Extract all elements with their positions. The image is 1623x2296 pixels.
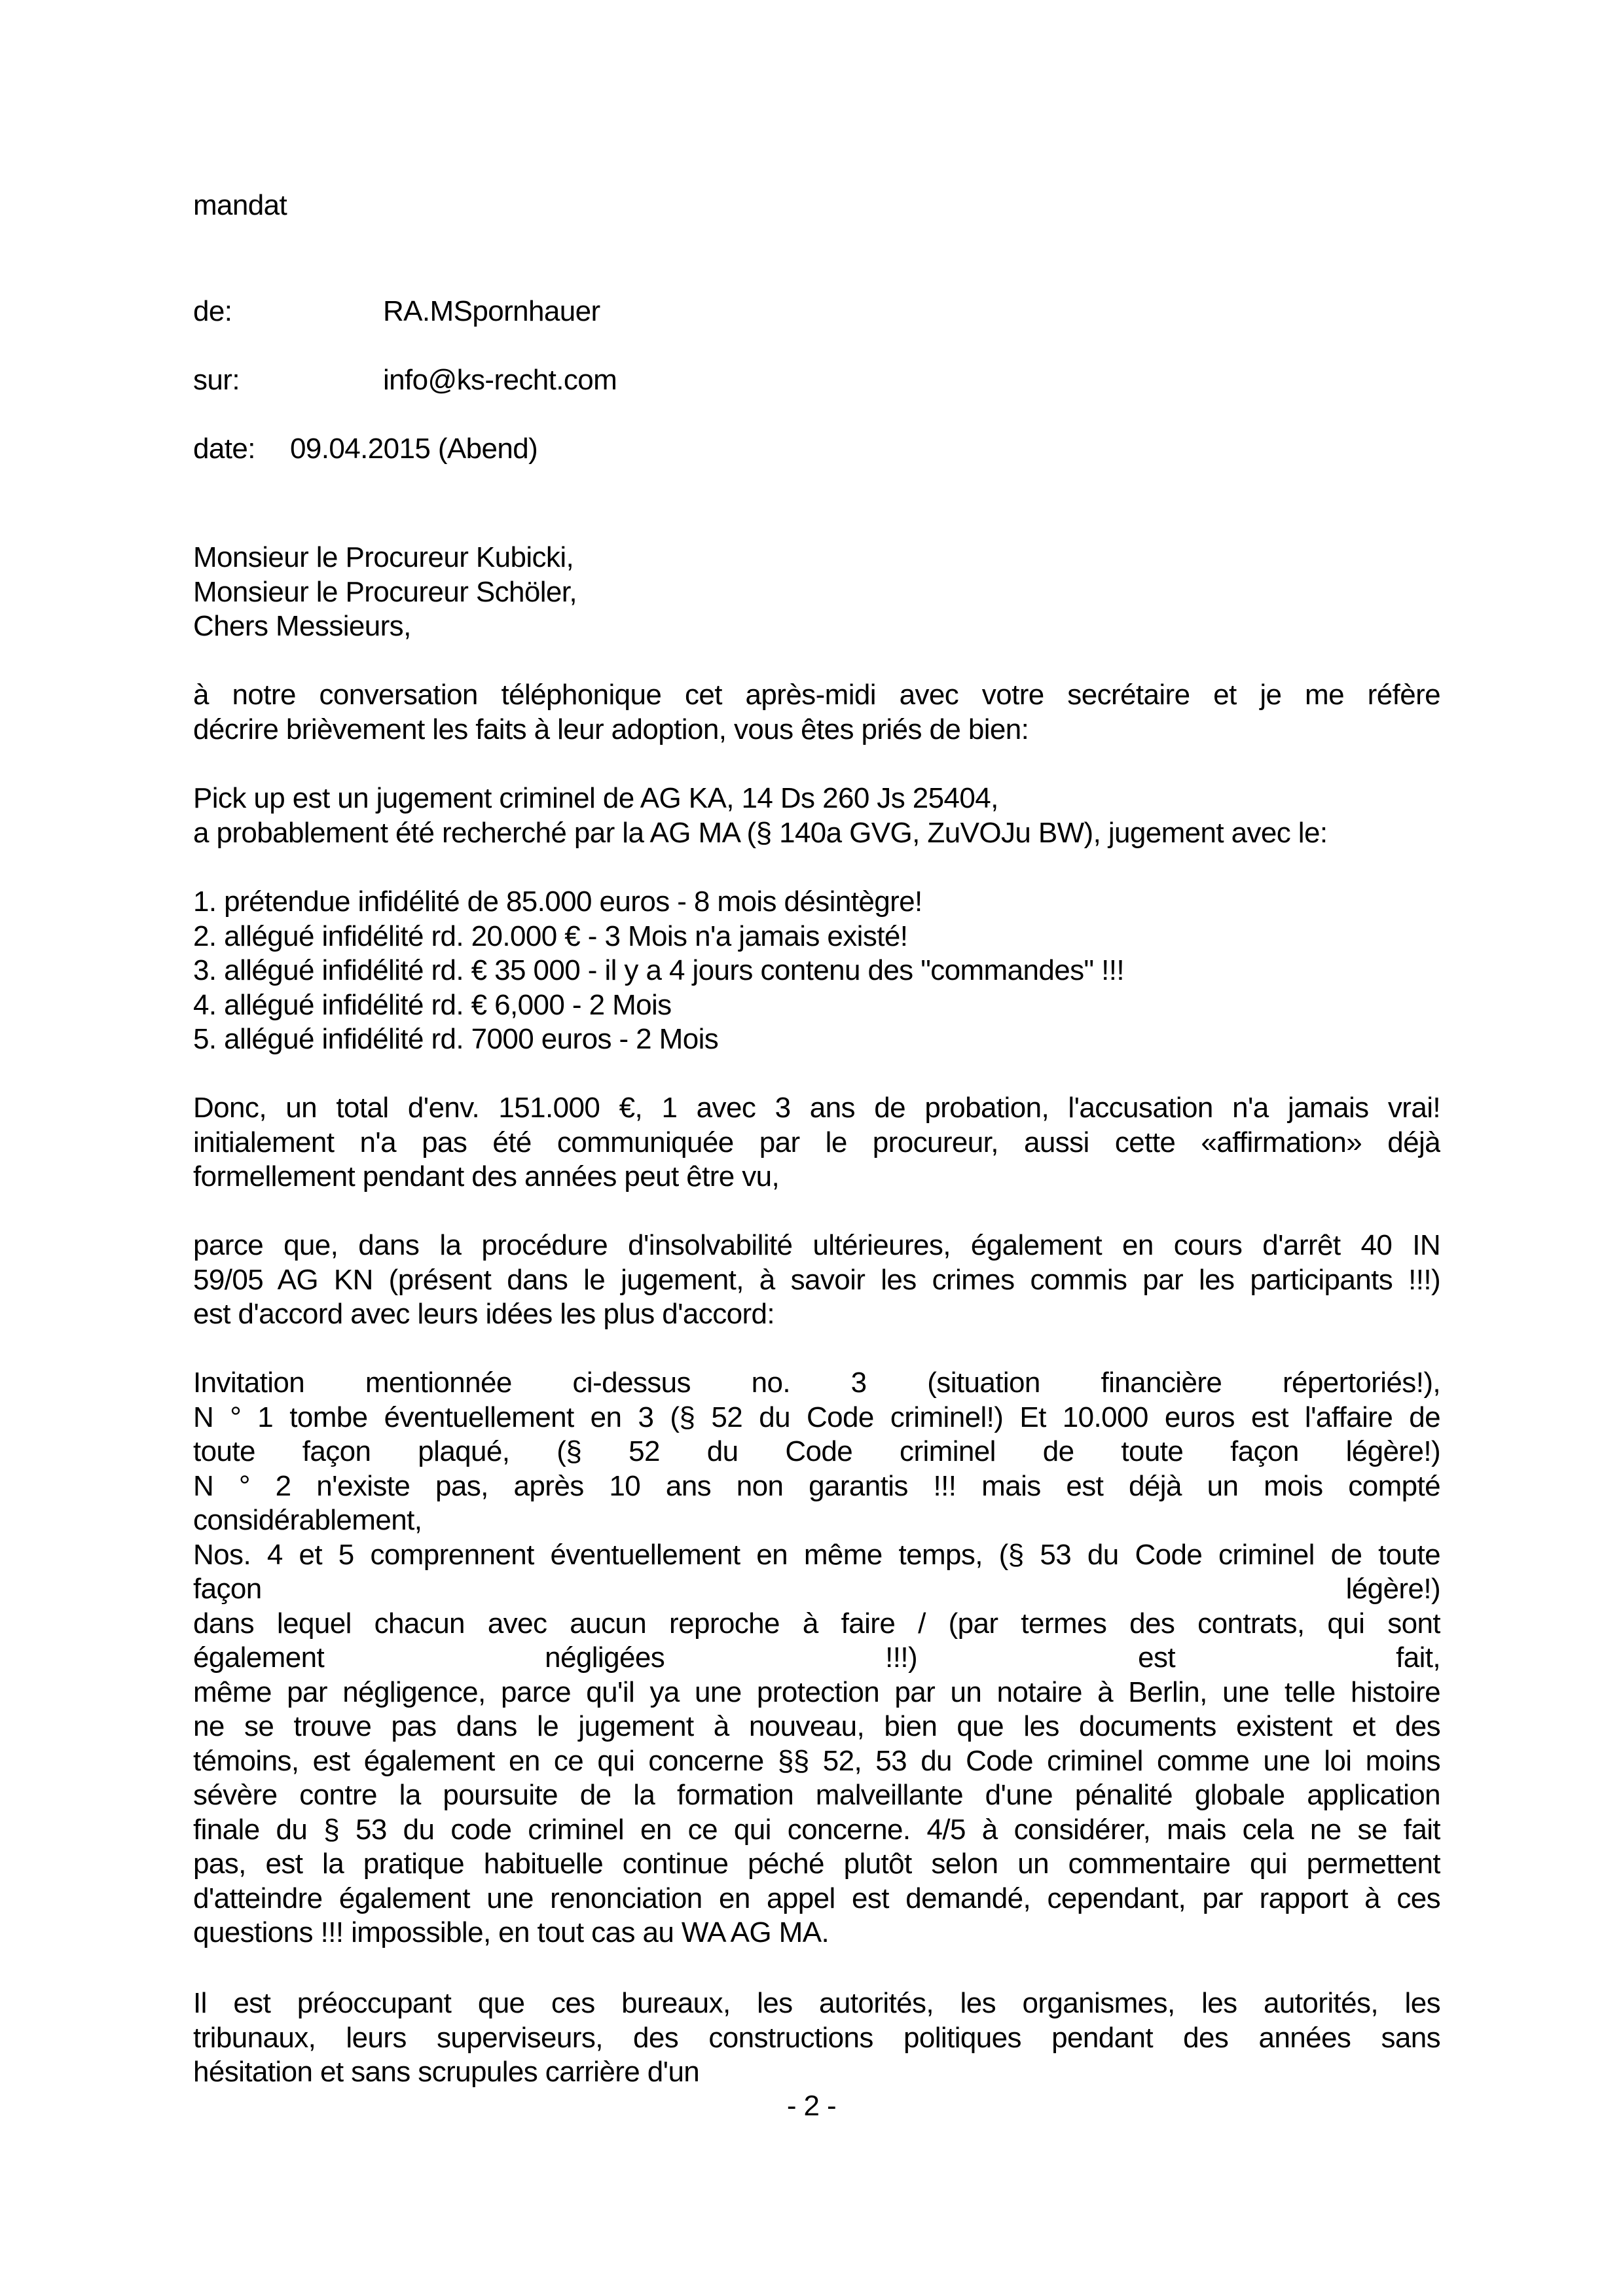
paragraph-line: formellement pendant des années peut êtr… [193,1160,1440,1194]
total-paragraph: Donc, un total d'env. 151.000 €, 1 avec … [193,1091,1440,1194]
document-page: mandat de: RA.MSpornhauer sur: info@ks-r… [0,0,1623,2296]
allegation-item: 4. allégué infidélité rd. € 6,000 - 2 Mo… [193,988,1440,1023]
paragraph-line: dans lequel chacun avec aucun reproche à… [193,1607,1440,1641]
paragraph-line: finale du § 53 du code criminel en ce qu… [193,1813,1440,1848]
closing-paragraph: Il est préoccupant que ces bureaux, les … [193,1986,1440,2090]
salutation-line: Chers Messieurs, [193,609,1440,644]
from-label: de: [193,295,383,329]
invitation-paragraph: Invitation mentionnée ci-dessus no. 3 (s… [193,1366,1440,1950]
email-value[interactable]: info@ks-recht.com [383,363,617,398]
paragraph-line: a probablement été recherché par la AG M… [193,816,1440,851]
header-field-from: de: RA.MSpornhauer [193,295,1440,329]
from-value: RA.MSpornhauer [383,295,600,329]
salutation-line: Monsieur le Procureur Kubicki, [193,541,1440,575]
on-label: sur: [193,363,383,398]
paragraph-line: hésitation et sans scrupules carrière d'… [193,2055,1440,2090]
allegation-item: 1. prétendue infidélité de 85.000 euros … [193,885,1440,920]
paragraph-line: questions !!! impossible, en tout cas au… [193,1916,1440,1950]
paragraph-line: également négligées !!!) est fait, [193,1641,1440,1676]
date-label: date: [193,432,290,467]
paragraph-line: ne se trouve pas dans le jugement à nouv… [193,1710,1440,1744]
header-field-date-wrapper: date: 09.04.2015 (Abend) [193,432,1440,467]
paragraph-line: N ° 1 tombe éventuellement en 3 (§ 52 du… [193,1401,1440,1435]
paragraph-line: Pick up est un jugement criminel de AG K… [193,781,1440,816]
header-field-date: date: 09.04.2015 (Abend) [193,432,1440,467]
salutation-line: Monsieur le Procureur Schöler, [193,575,1440,610]
paragraph-line: 59/05 AG KN (présent dans le jugement, à… [193,1263,1440,1298]
paragraph-line: façon légère!) [193,1572,1440,1607]
header-field-on: sur: info@ks-recht.com [193,363,1440,398]
paragraph-line: Nos. 4 et 5 comprennent éventuellement e… [193,1538,1440,1573]
paragraph-line: témoins, est également en ce qui concern… [193,1744,1440,1779]
document-type-label: mandat [193,188,1440,223]
paragraph-line: considérablement, [193,1503,1440,1538]
page-number: - 2 - [0,2090,1623,2123]
paragraph-line: décrire brièvement les faits à leur adop… [193,713,1440,747]
date-value: 09.04.2015 (Abend) [290,432,538,467]
paragraph-line: N ° 2 n'existe pas, après 10 ans non gar… [193,1469,1440,1504]
header-fields: de: RA.MSpornhauer [193,295,1440,329]
paragraph-line: pas, est la pratique habituelle continue… [193,1847,1440,1882]
paragraph-line: toute façon plaqué, (§ 52 du Code crimin… [193,1435,1440,1469]
allegation-item: 5. allégué infidélité rd. 7000 euros - 2… [193,1022,1440,1057]
paragraph-line: même par négligence, parce qu'il ya une … [193,1676,1440,1710]
header-field-on-wrapper: sur: info@ks-recht.com [193,363,1440,398]
allegation-item: 2. allégué infidélité rd. 20.000 € - 3 M… [193,920,1440,954]
paragraph-line: sévère contre la poursuite de la formati… [193,1778,1440,1813]
paragraph-line: Invitation mentionnée ci-dessus no. 3 (s… [193,1366,1440,1401]
paragraph-line: Donc, un total d'env. 151.000 €, 1 avec … [193,1091,1440,1126]
paragraph-line: à notre conversation téléphonique cet ap… [193,678,1440,713]
paragraph-line: est d'accord avec leurs idées les plus d… [193,1297,1440,1332]
paragraph-line: initialement n'a pas été communiquée par… [193,1126,1440,1160]
paragraph-line: Il est préoccupant que ces bureaux, les … [193,1986,1440,2021]
intro-paragraph: à notre conversation téléphonique cet ap… [193,678,1440,747]
salutation: Monsieur le Procureur Kubicki, Monsieur … [193,541,1440,644]
judgment-paragraph: Pick up est un jugement criminel de AG K… [193,781,1440,850]
paragraph-line: d'atteindre également une renonciation e… [193,1882,1440,1916]
paragraph-line: tribunaux, leurs superviseurs, des const… [193,2021,1440,2056]
allegation-item: 3. allégué infidélité rd. € 35 000 - il … [193,954,1440,988]
mandat-label: mandat [193,188,1440,223]
allegations-list: 1. prétendue infidélité de 85.000 euros … [193,885,1440,1057]
paragraph-line: parce que, dans la procédure d'insolvabi… [193,1229,1440,1263]
insolvency-paragraph: parce que, dans la procédure d'insolvabi… [193,1229,1440,1332]
